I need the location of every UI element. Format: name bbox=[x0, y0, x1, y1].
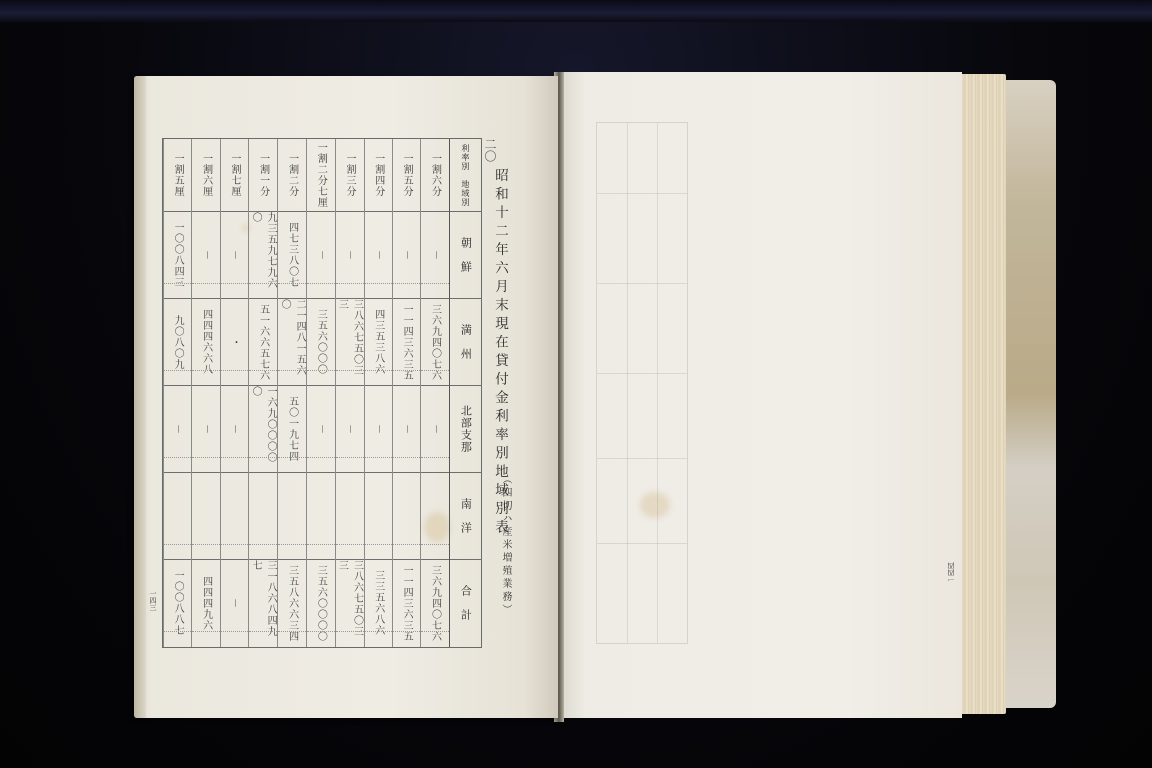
table-cell: 四七三八〇七 bbox=[278, 212, 306, 299]
dotted-rule bbox=[307, 283, 334, 284]
cell-value: － bbox=[371, 250, 386, 261]
dotted-rule bbox=[307, 631, 334, 632]
cell-value: － bbox=[342, 250, 357, 261]
cell-value: 四三五三八六 bbox=[371, 309, 386, 375]
dotted-rule bbox=[164, 370, 191, 371]
dotted-rule bbox=[221, 631, 248, 632]
interest-rate-region-table: 利率別 地域別 朝 鮮 満 州 北部支那 南 洋 合 計 一割六分－三六九四〇七… bbox=[162, 138, 482, 648]
cell-value: － bbox=[399, 250, 414, 261]
dotted-rule bbox=[307, 370, 334, 371]
dotted-rule bbox=[421, 283, 448, 284]
rate-column: 一割三分－三八六七五〇三三－三八六七五〇三三 bbox=[335, 139, 364, 647]
rate-column: 一割五分－一一四三六三五－一一四三六三五 bbox=[392, 139, 420, 647]
cell-value: 三六九四〇七六 bbox=[428, 565, 443, 642]
table-cell: 四三五三八六 bbox=[365, 299, 392, 386]
dotted-rule bbox=[365, 457, 392, 458]
rate-column: 一割六分－三六九四〇七六－三六九四〇七六 bbox=[420, 139, 448, 647]
dotted-rule bbox=[278, 370, 306, 371]
bleed-through-table bbox=[596, 122, 688, 644]
table-cell bbox=[221, 473, 248, 560]
cell-value: ・ bbox=[227, 337, 242, 348]
dotted-rule bbox=[221, 283, 248, 284]
dotted-rule bbox=[192, 370, 219, 371]
display-frame-top bbox=[0, 0, 1152, 22]
table-cell: － bbox=[221, 560, 248, 646]
table-cell: － bbox=[221, 386, 248, 473]
table-cell bbox=[365, 473, 392, 560]
table-cell: 一一四三六三五 bbox=[393, 560, 420, 646]
dotted-rule bbox=[249, 370, 277, 371]
table-cell: － bbox=[192, 212, 219, 299]
table-cell: 五〇一九七四 bbox=[278, 386, 306, 473]
table-cell: 三八六七五〇三三 bbox=[336, 299, 364, 386]
dotted-rule bbox=[393, 283, 420, 284]
dotted-rule bbox=[336, 544, 364, 545]
cell-value: 一六九〇〇〇〇〇 bbox=[248, 386, 278, 472]
right-page-margin-number: 一四四 bbox=[946, 562, 956, 583]
dotted-rule bbox=[249, 283, 277, 284]
cell-value: － bbox=[342, 424, 357, 435]
cell-value: － bbox=[227, 250, 242, 261]
table-cell bbox=[336, 473, 364, 560]
table-cell: 三一八六八四九七 bbox=[249, 560, 277, 646]
region-label: 合 計 bbox=[450, 560, 481, 646]
cell-value: 三八六七五〇三三 bbox=[335, 299, 365, 385]
page-number: 二〇 bbox=[482, 138, 499, 162]
dotted-rule bbox=[365, 370, 392, 371]
left-page-edge bbox=[134, 76, 146, 718]
rate-header: 一割四分 bbox=[365, 139, 392, 212]
table-subtitle: （四切ハ産米増殖業務） bbox=[498, 474, 513, 617]
dotted-rule bbox=[421, 457, 448, 458]
region-label: 朝 鮮 bbox=[450, 212, 481, 299]
table-cell bbox=[278, 473, 306, 560]
cell-value: 九三五九七九六〇 bbox=[248, 212, 278, 298]
rate-header: 一割五分 bbox=[393, 139, 420, 212]
cell-value: 三八六七五〇三三 bbox=[335, 560, 365, 646]
table-cell: － bbox=[421, 212, 448, 299]
dotted-rule bbox=[393, 631, 420, 632]
rate-column: 一割四分－四三五三八六－三三五六八六 bbox=[364, 139, 392, 647]
dotted-rule bbox=[307, 457, 334, 458]
table-cell: － bbox=[365, 212, 392, 299]
table-cell: － bbox=[221, 212, 248, 299]
cell-value: 一〇〇八四三 bbox=[170, 222, 185, 288]
dotted-rule bbox=[393, 370, 420, 371]
dotted-rule bbox=[249, 457, 277, 458]
dotted-rule bbox=[278, 544, 306, 545]
table-cell: 三五八六六三四 bbox=[278, 560, 306, 646]
dotted-rule bbox=[336, 631, 364, 632]
dotted-rule bbox=[164, 631, 191, 632]
dotted-rule bbox=[278, 631, 306, 632]
table-cell: 一一四三六三五 bbox=[393, 299, 420, 386]
dotted-rule bbox=[221, 370, 248, 371]
rate-header: 一割六分 bbox=[421, 139, 448, 212]
dotted-rule bbox=[365, 283, 392, 284]
cell-value: － bbox=[371, 424, 386, 435]
open-book: 一四四 二〇 昭和十二年六月末現在貸付金利率別地域別表 （四切ハ産米増殖業務） … bbox=[134, 72, 1056, 722]
cell-value: 一一四三六三五 bbox=[399, 565, 414, 642]
dotted-rule bbox=[393, 457, 420, 458]
left-page-margin-number: 一四三 bbox=[148, 590, 158, 611]
water-stain bbox=[640, 492, 670, 518]
dotted-rule bbox=[421, 370, 448, 371]
dotted-rule bbox=[278, 283, 306, 284]
cell-value: 三三五六八六 bbox=[371, 570, 386, 636]
cell-value: 三六九四〇七六 bbox=[428, 304, 443, 381]
dotted-rule bbox=[421, 544, 448, 545]
cell-value: 一〇〇八八七 bbox=[170, 570, 185, 636]
table-cell bbox=[249, 473, 277, 560]
cell-value: 一一四三六三五 bbox=[399, 304, 414, 381]
dotted-rule bbox=[192, 457, 219, 458]
table-cell: － bbox=[307, 386, 334, 473]
cell-value: 三五六〇〇〇 bbox=[313, 309, 328, 375]
table-cell: － bbox=[164, 386, 191, 473]
cell-value: 四四四九六 bbox=[199, 576, 214, 631]
table-cell bbox=[421, 473, 448, 560]
cell-value: 九〇八〇九 bbox=[170, 315, 185, 370]
cell-value: － bbox=[428, 250, 443, 261]
dotted-rule bbox=[421, 631, 448, 632]
table-cell: － bbox=[393, 386, 420, 473]
table-cell: － bbox=[336, 386, 364, 473]
cell-value: 五一六六五七六 bbox=[256, 304, 271, 381]
cell-value: 三五六〇〇〇〇 bbox=[313, 565, 328, 642]
table-cell: 四四四九六 bbox=[192, 560, 219, 646]
rate-header: 一割六厘 bbox=[192, 139, 219, 212]
dotted-rule bbox=[164, 457, 191, 458]
dotted-rule bbox=[164, 283, 191, 284]
table-cell: 九三五九七九六〇 bbox=[249, 212, 277, 299]
table-cell: 二一四八一五六〇 bbox=[278, 299, 306, 386]
table-cell: 九〇八〇九 bbox=[164, 299, 191, 386]
dotted-rule bbox=[336, 283, 364, 284]
table-cell bbox=[393, 473, 420, 560]
table-cell: 三六九四〇七六 bbox=[421, 299, 448, 386]
rate-column: 一割一分九三五九七九六〇五一六六五七六一六九〇〇〇〇〇三一八六八四九七 bbox=[248, 139, 277, 647]
dotted-rule bbox=[249, 544, 277, 545]
rate-header: 一割五厘 bbox=[164, 139, 191, 212]
book-back-cover bbox=[1004, 80, 1056, 708]
dotted-rule bbox=[336, 370, 364, 371]
cell-value: － bbox=[313, 250, 328, 261]
cell-value: 三一八六八四九七 bbox=[248, 560, 278, 646]
table-cell: － bbox=[307, 212, 334, 299]
table-cell bbox=[307, 473, 334, 560]
cell-value: － bbox=[199, 250, 214, 261]
rate-header: 一割七厘 bbox=[221, 139, 248, 212]
table-cell: 三六九四〇七六 bbox=[421, 560, 448, 646]
dotted-rule bbox=[192, 544, 219, 545]
table-cell: 三八六七五〇三三 bbox=[336, 560, 364, 646]
cell-value: － bbox=[313, 424, 328, 435]
table-cell: － bbox=[365, 386, 392, 473]
table-cell: ・ bbox=[221, 299, 248, 386]
cell-value: － bbox=[170, 424, 185, 435]
table-cell: － bbox=[192, 386, 219, 473]
cell-value: － bbox=[399, 424, 414, 435]
dotted-rule bbox=[221, 544, 248, 545]
dotted-rule bbox=[365, 631, 392, 632]
dotted-rule bbox=[164, 544, 191, 545]
dotted-rule bbox=[278, 457, 306, 458]
corner-header: 利率別 地域別 bbox=[450, 139, 481, 212]
right-page: 一四四 bbox=[562, 72, 962, 718]
table-cell: 三三五六八六 bbox=[365, 560, 392, 646]
rate-column: 一割二分七厘－三五六〇〇〇－三五六〇〇〇〇 bbox=[306, 139, 334, 647]
dotted-rule bbox=[249, 631, 277, 632]
table-cell bbox=[192, 473, 219, 560]
table-cell: － bbox=[336, 212, 364, 299]
dotted-rule bbox=[365, 544, 392, 545]
table-cell: 三五六〇〇〇 bbox=[307, 299, 334, 386]
table-cell: － bbox=[421, 386, 448, 473]
cell-value: － bbox=[227, 598, 242, 609]
dotted-rule bbox=[307, 544, 334, 545]
cell-value: 四七三八〇七 bbox=[285, 222, 300, 288]
table-cell: 一六九〇〇〇〇〇 bbox=[249, 386, 277, 473]
cell-value: 四四四六六八 bbox=[199, 309, 214, 375]
dotted-rule bbox=[192, 631, 219, 632]
page-edges bbox=[962, 74, 1006, 714]
rate-column: 一割五厘一〇〇八四三九〇八〇九－一〇〇八八七 bbox=[163, 139, 191, 647]
rate-header: 一割二分七厘 bbox=[307, 139, 334, 212]
rate-column: 一割七厘－・－－ bbox=[220, 139, 248, 647]
table-cell bbox=[164, 473, 191, 560]
rate-column: 一割六厘－四四四六六八－四四四九六 bbox=[191, 139, 219, 647]
left-page: 二〇 昭和十二年六月末現在貸付金利率別地域別表 （四切ハ産米増殖業務） 一四三 … bbox=[134, 76, 558, 718]
table-cell: 一〇〇八四三 bbox=[164, 212, 191, 299]
region-label: 満 州 bbox=[450, 299, 481, 386]
region-label-column: 利率別 地域別 朝 鮮 満 州 北部支那 南 洋 合 計 bbox=[449, 139, 481, 647]
rate-header: 一割二分 bbox=[278, 139, 306, 212]
rate-column: 一割二分四七三八〇七二一四八一五六〇五〇一九七四三五八六六三四 bbox=[277, 139, 306, 647]
dotted-rule bbox=[221, 457, 248, 458]
table-cell: － bbox=[393, 212, 420, 299]
rate-header: 一割三分 bbox=[336, 139, 364, 212]
cell-value: 三五八六六三四 bbox=[285, 565, 300, 642]
table-cell: 一〇〇八八七 bbox=[164, 560, 191, 646]
cell-value: － bbox=[428, 424, 443, 435]
table-cell: 三五六〇〇〇〇 bbox=[307, 560, 334, 646]
region-label: 南 洋 bbox=[450, 473, 481, 560]
cell-value: 二一四八一五六〇 bbox=[277, 299, 307, 385]
table-cell: 四四四六六八 bbox=[192, 299, 219, 386]
cell-value: 五〇一九七四 bbox=[285, 396, 300, 462]
table-cell: 五一六六五七六 bbox=[249, 299, 277, 386]
cell-value: － bbox=[199, 424, 214, 435]
cell-value: － bbox=[227, 424, 242, 435]
rate-header: 一割一分 bbox=[249, 139, 277, 212]
dotted-rule bbox=[336, 457, 364, 458]
region-label: 北部支那 bbox=[450, 386, 481, 473]
dotted-rule bbox=[192, 283, 219, 284]
dotted-rule bbox=[393, 544, 420, 545]
